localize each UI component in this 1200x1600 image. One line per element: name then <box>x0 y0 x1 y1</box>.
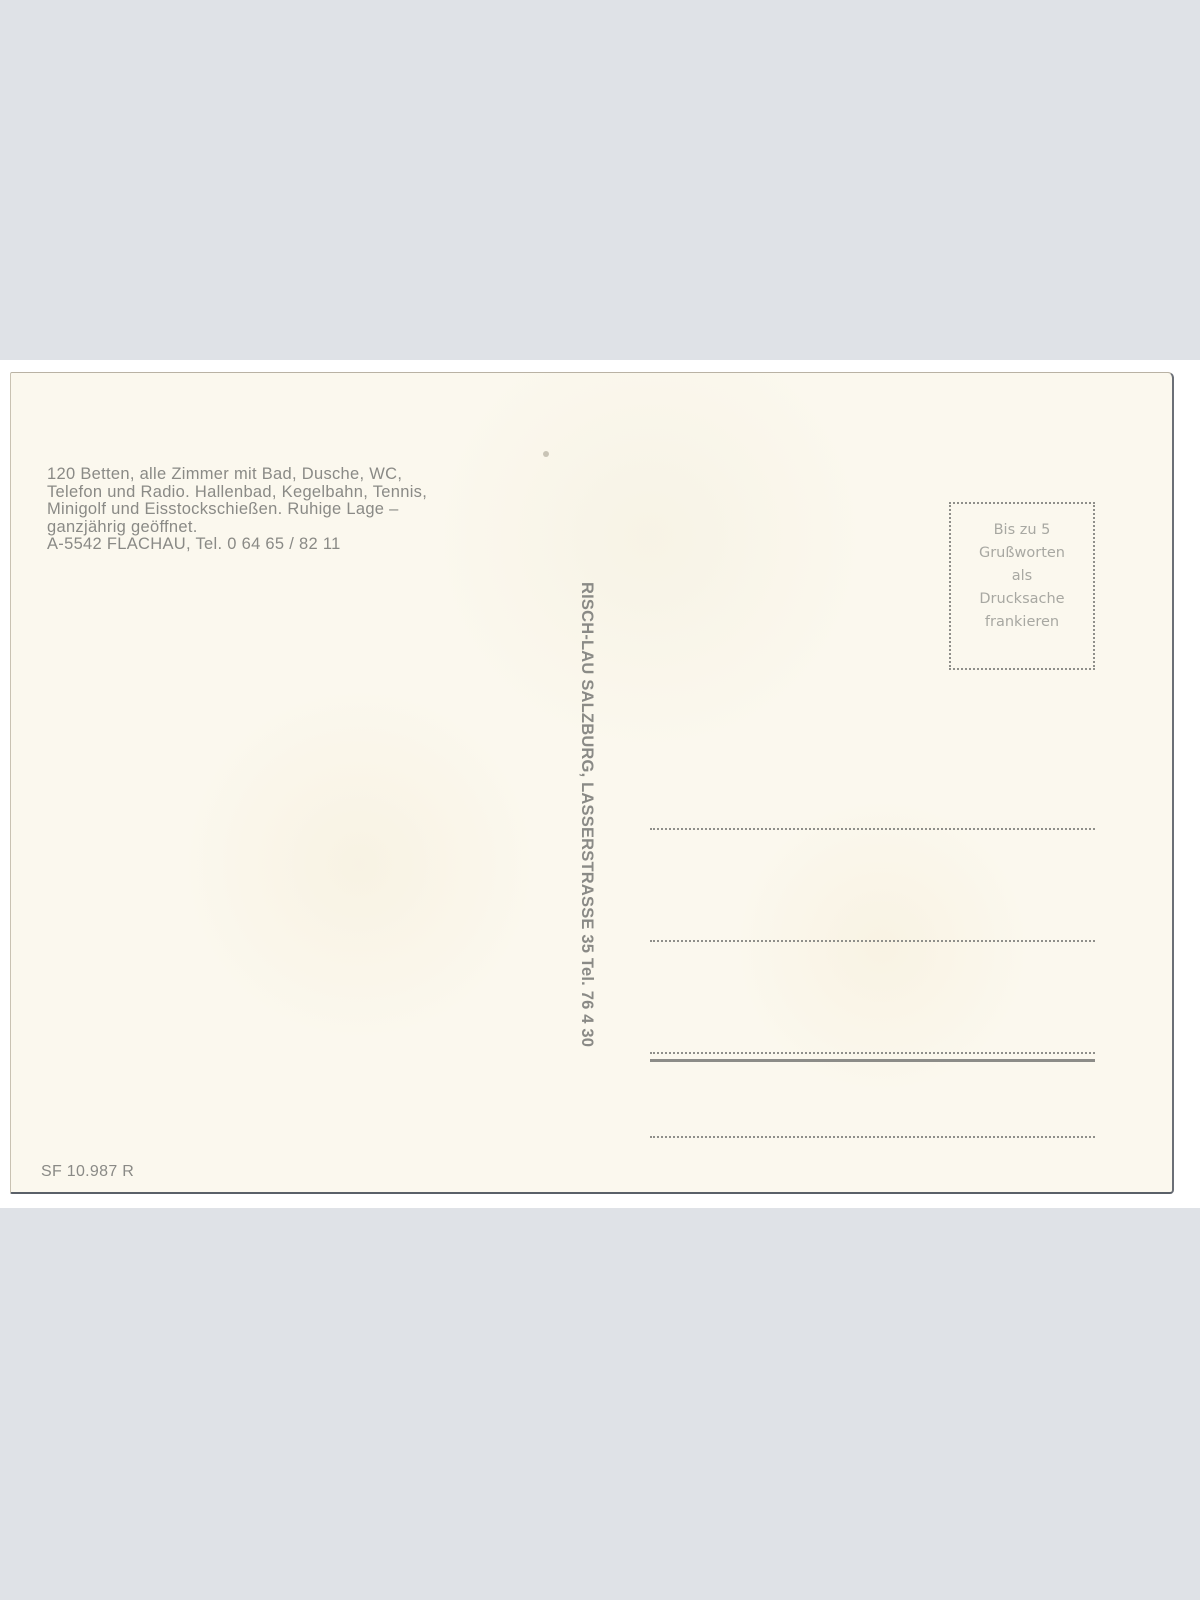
address-line-2 <box>650 940 1095 942</box>
address-line-4 <box>650 1136 1095 1138</box>
stamp-box-line: frankieren <box>985 611 1059 634</box>
hotel-info-line: ganzjährig geöffnet. <box>47 519 427 537</box>
stamp-box: Bis zu 5 Grußworten als Drucksache frank… <box>949 502 1095 670</box>
hotel-info-line: 120 Betten, alle Zimmer mit Bad, Dusche,… <box>47 466 427 484</box>
hotel-address-line: A-5542 FLACHAU, Tel. 0 64 65 / 82 11 <box>47 536 427 554</box>
paper-speck <box>543 451 549 457</box>
stamp-box-line: als <box>1012 565 1032 588</box>
stamp-box-line: Grußworten <box>979 542 1065 565</box>
publisher-imprint: RISCH-LAU SALZBURG, LASSERSTRASSE 35 Tel… <box>577 582 596 1102</box>
hotel-info-line: Minigolf und Eisstockschießen. Ruhige La… <box>47 501 427 519</box>
stamp-box-line: Drucksache <box>979 588 1064 611</box>
catalog-code: SF 10.987 R <box>41 1163 134 1181</box>
hotel-info-text: 120 Betten, alle Zimmer mit Bad, Dusche,… <box>47 466 427 554</box>
hotel-info-line: Telefon und Radio. Hallenbad, Kegelbahn,… <box>47 484 427 502</box>
stamp-box-line: Bis zu 5 <box>994 519 1051 542</box>
address-line-3 <box>650 1052 1095 1054</box>
address-underline <box>650 1059 1095 1062</box>
address-line-1 <box>650 828 1095 830</box>
